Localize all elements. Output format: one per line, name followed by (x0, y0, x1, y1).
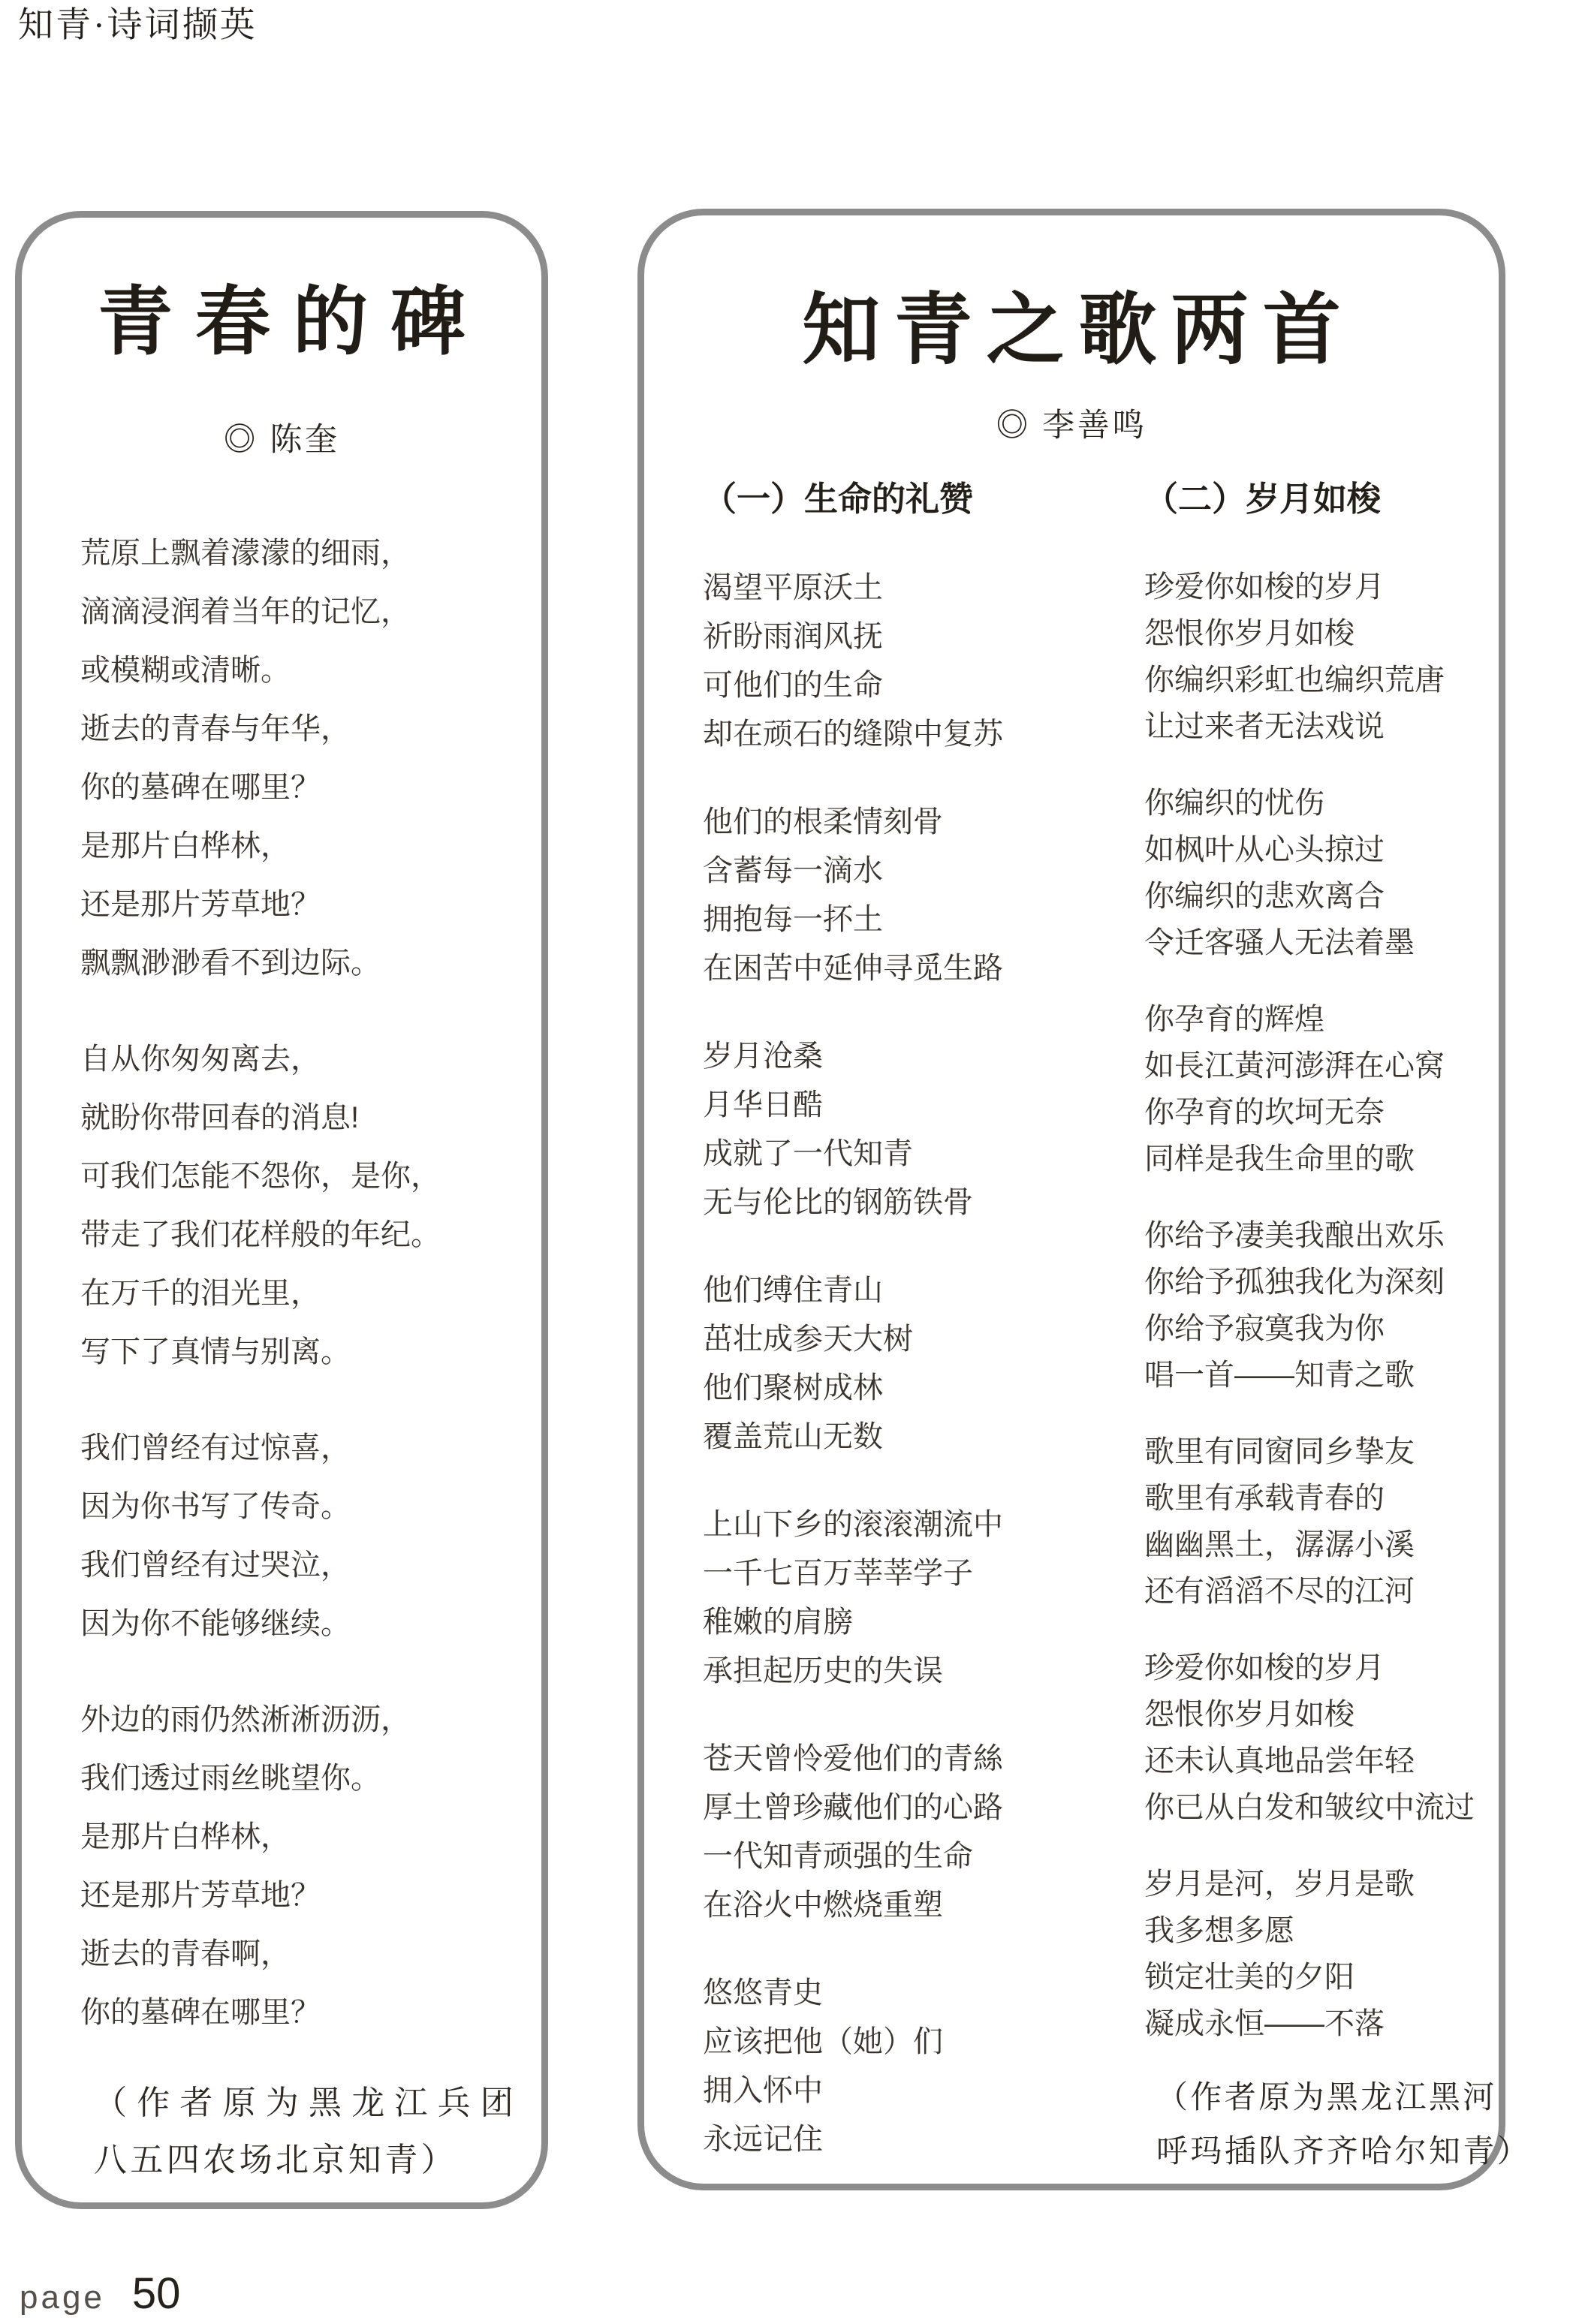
poem-line: 我多想多愿 (1144, 1907, 1499, 1954)
poem-line: 他们缚住青山 (703, 1266, 1144, 1315)
stanza: 歌里有同窗同乡挚友歌里有承载青春的幽幽黑土，潺潺小溪还有滔滔不尽的江河 (1144, 1428, 1499, 1615)
poem-line: 或模糊或清晰。 (80, 641, 541, 700)
stanza: 自从你匆匆离去，就盼你带回春的消息!可我们怎能不怨你，是你，带走了我们花样般的年… (80, 1030, 541, 1381)
poem-line: 还是那片芳草地？ (80, 1866, 541, 1925)
poem-line: 拥入怀中 (703, 2067, 1144, 2115)
poem-line: 无与伦比的钢筋铁骨 (703, 1179, 1144, 1227)
poem-line: 你编织的忧伤 (1144, 780, 1499, 826)
poem-line: 我们透过雨丝眺望你。 (80, 1749, 541, 1808)
poem-line: 滴滴浸润着当年的记忆， (80, 583, 541, 641)
poem-line: 上山下乡的滚滚潮流中 (703, 1501, 1144, 1549)
stanza: 渴望平原沃土祈盼雨润风抚可他们的生命却在顽石的缝隙中复苏 (703, 564, 1144, 759)
poem-line: 歌里有同窗同乡挚友 (1144, 1428, 1499, 1475)
poem-line: 永远记住 (703, 2115, 1144, 2164)
poem-line: 如長江黃河澎湃在心窝 (1144, 1043, 1499, 1089)
poem-line: 写下了真情与别离。 (80, 1323, 541, 1381)
poem-line: 我们曾经有过哭泣， (80, 1536, 541, 1594)
stanza: 岁月是河，岁月是歌我多想多愿锁定壮美的夕阳凝成永恒——不落 (1144, 1861, 1499, 2047)
poem-line: 你编织的悲欢离合 (1144, 873, 1499, 920)
stanza: 我们曾经有过惊喜，因为你书写了传奇。我们曾经有过哭泣，因为你不能够继续。 (80, 1419, 541, 1653)
stanza: 苍天曾怜爱他们的青絲厚土曾珍藏他们的心路一代知青顽强的生命在浴火中燃烧重塑 (703, 1735, 1144, 1930)
poem-line: 我们曾经有过惊喜， (80, 1419, 541, 1477)
poem-line: 悠悠青史 (703, 1969, 1144, 2018)
poem-line: 厚土曾珍藏他们的心路 (703, 1784, 1144, 1832)
right-poem-title: 知青之歌两首 (644, 284, 1499, 376)
section-heading-2: （二）岁月如梭 (1144, 478, 1499, 520)
poem-line: 锁定壮美的夕阳 (1144, 1954, 1499, 2000)
poem-line: 还有滔滔不尽的江河 (1144, 1568, 1499, 1615)
poem-line: 怨恨你岁月如梭 (1144, 1691, 1499, 1738)
poem-line: 你孕育的辉煌 (1144, 996, 1499, 1043)
poem-line: 一代知青顽强的生命 (703, 1832, 1144, 1881)
stanza: 悠悠青史应该把他（她）们拥入怀中永远记住 (703, 1969, 1144, 2164)
stanza: 你编织的忧伤如枫叶从心头掠过你编织的悲欢离合令迁客骚人无法着墨 (1144, 780, 1499, 966)
poem-line: 可我们怎能不怨你，是你， (80, 1147, 541, 1206)
poem-line: 稚嫩的肩膀 (703, 1598, 1144, 1647)
poem-line: 唱一首——知青之歌 (1144, 1352, 1499, 1398)
poem-line: 一千七百万莘莘学子 (703, 1549, 1144, 1598)
poem-line: 岁月是河，岁月是歌 (1144, 1861, 1499, 1907)
poem-line: 应该把他（她）们 (703, 2018, 1144, 2067)
poem-line: 就盼你带回春的消息! (80, 1088, 541, 1147)
poem-line: 你给予凄美我酿出欢乐 (1144, 1212, 1499, 1259)
poem-line: 还未认真地品尝年轻 (1144, 1738, 1499, 1784)
poem-line: 承担起历史的失误 (703, 1647, 1144, 1696)
page-header: 知青·诗词撷英 (18, 3, 258, 48)
poem-line: 你已从白发和皱纹中流过 (1144, 1784, 1499, 1831)
poem-line: 外边的雨仍然淅淅沥沥， (80, 1690, 541, 1749)
section-1-body: 渴望平原沃土祈盼雨润风抚可他们的生命却在顽石的缝隙中复苏他们的根柔情刻骨含蓄每一… (703, 564, 1144, 2164)
right-poem-columns: （一）生命的礼赞 渴望平原沃土祈盼雨润风抚可他们的生命却在顽石的缝隙中复苏他们的… (644, 478, 1499, 2179)
poem-line: 却在顽石的缝隙中复苏 (703, 710, 1144, 759)
poem-line: 你的墓碑在哪里？ (80, 758, 541, 817)
poem-line: 凝成永恒——不落 (1144, 2000, 1499, 2047)
poem-line: 同样是我生命里的歌 (1144, 1136, 1499, 1182)
poem-line: 苍天曾怜爱他们的青絲 (703, 1735, 1144, 1784)
poem-line: 是那片白桦林， (80, 1808, 541, 1866)
right-poem-column-2: （二）岁月如梭 珍爱你如梭的岁月怨恨你岁月如梭你编织彩虹也编织荒唐让过来者无法戏… (1144, 478, 1499, 2179)
poem-line: 他们聚树成林 (703, 1364, 1144, 1413)
right-poem-author: ◎ 李善鸣 (644, 406, 1499, 445)
poem-line: 成就了一代知青 (703, 1130, 1144, 1179)
poem-line: 渴望平原沃土 (703, 564, 1144, 613)
poem-line: 如枫叶从心头掠过 (1144, 826, 1499, 873)
left-poem-title: 青春的碑 (22, 278, 541, 366)
poem-line: 是那片白桦林， (80, 817, 541, 875)
poem-line: 你给予孤独我化为深刻 (1144, 1259, 1499, 1305)
note-line: 八五四农场北京知青） (94, 2132, 541, 2189)
stanza: 珍爱你如梭的岁月怨恨你岁月如梭还未认真地品尝年轻你已从白发和皱纹中流过 (1144, 1645, 1499, 1831)
stanza: 你给予凄美我酿出欢乐你给予孤独我化为深刻你给予寂寞我为你唱一首——知青之歌 (1144, 1212, 1499, 1398)
poem-line: 在浴火中燃烧重塑 (703, 1881, 1144, 1930)
poem-line: 自从你匆匆离去， (80, 1030, 541, 1088)
poem-line: 含蓄每一滴水 (703, 847, 1144, 896)
poem-line: 你编织彩虹也编织荒唐 (1144, 657, 1499, 703)
page-number: 50 (132, 2268, 181, 2319)
stanza: 珍爱你如梭的岁月怨恨你岁月如梭你编织彩虹也编织荒唐让过来者无法戏说 (1144, 564, 1499, 750)
poem-line: 因为你不能够继续。 (80, 1594, 541, 1653)
poem-line: 荒原上飘着濛濛的细雨， (80, 524, 541, 583)
page-label: page (20, 2279, 105, 2316)
stanza: 荒原上飘着濛濛的细雨，滴滴浸润着当年的记忆，或模糊或清晰。逝去的青春与年华，你的… (80, 524, 541, 992)
stanza: 上山下乡的滚滚潮流中一千七百万莘莘学子稚嫩的肩膀承担起历史的失误 (703, 1501, 1144, 1696)
poem-line: 月华日酷 (703, 1081, 1144, 1130)
poem-line: 逝去的青春与年华， (80, 700, 541, 758)
left-poem-author: ◎ 陈奎 (22, 420, 541, 459)
stanza: 岁月沧桑月华日酷成就了一代知青无与伦比的钢筋铁骨 (703, 1032, 1144, 1227)
poem-line: 飘飘渺渺看不到边际。 (80, 934, 541, 992)
poem-line: 逝去的青春啊， (80, 1925, 541, 1983)
poem-line: 茁壮成参天大树 (703, 1315, 1144, 1364)
poem-line: 岁月沧桑 (703, 1032, 1144, 1081)
page-footer: page 50 (20, 2268, 180, 2319)
poem-line: 在困苦中延伸寻觅生路 (703, 944, 1144, 993)
poem-line: 祈盼雨润风抚 (703, 613, 1144, 661)
poem-line: 怨恨你岁月如梭 (1144, 610, 1499, 657)
poem-line: 让过来者无法戏说 (1144, 703, 1499, 750)
left-poem-body: 荒原上飘着濛濛的细雨，滴滴浸润着当年的记忆，或模糊或清晰。逝去的青春与年华，你的… (22, 524, 541, 2042)
poem-line: 令迁客骚人无法着墨 (1144, 920, 1499, 966)
note-line: （作者原为黑龙江黑河 (1156, 2071, 1499, 2125)
poem-line: 在万千的泪光里， (80, 1264, 541, 1323)
poem-line: 拥抱每一抔土 (703, 896, 1144, 944)
right-poem-author-note: （作者原为黑龙江黑河呼玛插队齐齐哈尔知青） (1144, 2071, 1499, 2179)
poem-line: 歌里有承载青春的 (1144, 1475, 1499, 1522)
stanza: 外边的雨仍然淅淅沥沥，我们透过雨丝眺望你。是那片白桦林，还是那片芳草地？逝去的青… (80, 1690, 541, 2042)
left-poem-author-note: （作者原为黑龙江兵团八五四农场北京知青） (22, 2075, 541, 2189)
poem-line: 你给予寂寞我为你 (1144, 1305, 1499, 1352)
poem-line: 可他们的生命 (703, 661, 1144, 710)
note-line: 呼玛插队齐齐哈尔知青） (1156, 2125, 1499, 2179)
poem-line: 你孕育的坎坷无奈 (1144, 1089, 1499, 1136)
section-2-body: 珍爱你如梭的岁月怨恨你岁月如梭你编织彩虹也编织荒唐让过来者无法戏说你编织的忧伤如… (1144, 564, 1499, 2047)
poem-line: 还是那片芳草地？ (80, 875, 541, 934)
stanza: 你孕育的辉煌如長江黃河澎湃在心窝你孕育的坎坷无奈同样是我生命里的歌 (1144, 996, 1499, 1182)
poem-line: 幽幽黑土，潺潺小溪 (1144, 1522, 1499, 1568)
poem-line: 覆盖荒山无数 (703, 1413, 1144, 1462)
right-poem-box: 知青之歌两首 ◎ 李善鸣 （一）生命的礼赞 渴望平原沃土祈盼雨润风抚可他们的生命… (637, 209, 1505, 2190)
section-heading-1: （一）生命的礼赞 (703, 478, 1144, 520)
stanza: 他们的根柔情刻骨含蓄每一滴水拥抱每一抔土在困苦中延伸寻觅生路 (703, 798, 1144, 993)
poem-line: 因为你书写了传奇。 (80, 1477, 541, 1536)
poem-line: 你的墓碑在哪里？ (80, 1983, 541, 2042)
poem-line: 带走了我们花样般的年纪。 (80, 1206, 541, 1264)
left-poem-box: 青春的碑 ◎ 陈奎 荒原上飘着濛濛的细雨，滴滴浸润着当年的记忆，或模糊或清晰。逝… (15, 211, 548, 2209)
right-poem-column-1: （一）生命的礼赞 渴望平原沃土祈盼雨润风抚可他们的生命却在顽石的缝隙中复苏他们的… (703, 478, 1144, 2179)
note-line: （作者原为黑龙江兵团 (94, 2075, 541, 2132)
poem-line: 他们的根柔情刻骨 (703, 798, 1144, 847)
stanza: 他们缚住青山茁壮成参天大树他们聚树成林覆盖荒山无数 (703, 1266, 1144, 1462)
poem-line: 珍爱你如梭的岁月 (1144, 564, 1499, 610)
poem-line: 珍爱你如梭的岁月 (1144, 1645, 1499, 1691)
